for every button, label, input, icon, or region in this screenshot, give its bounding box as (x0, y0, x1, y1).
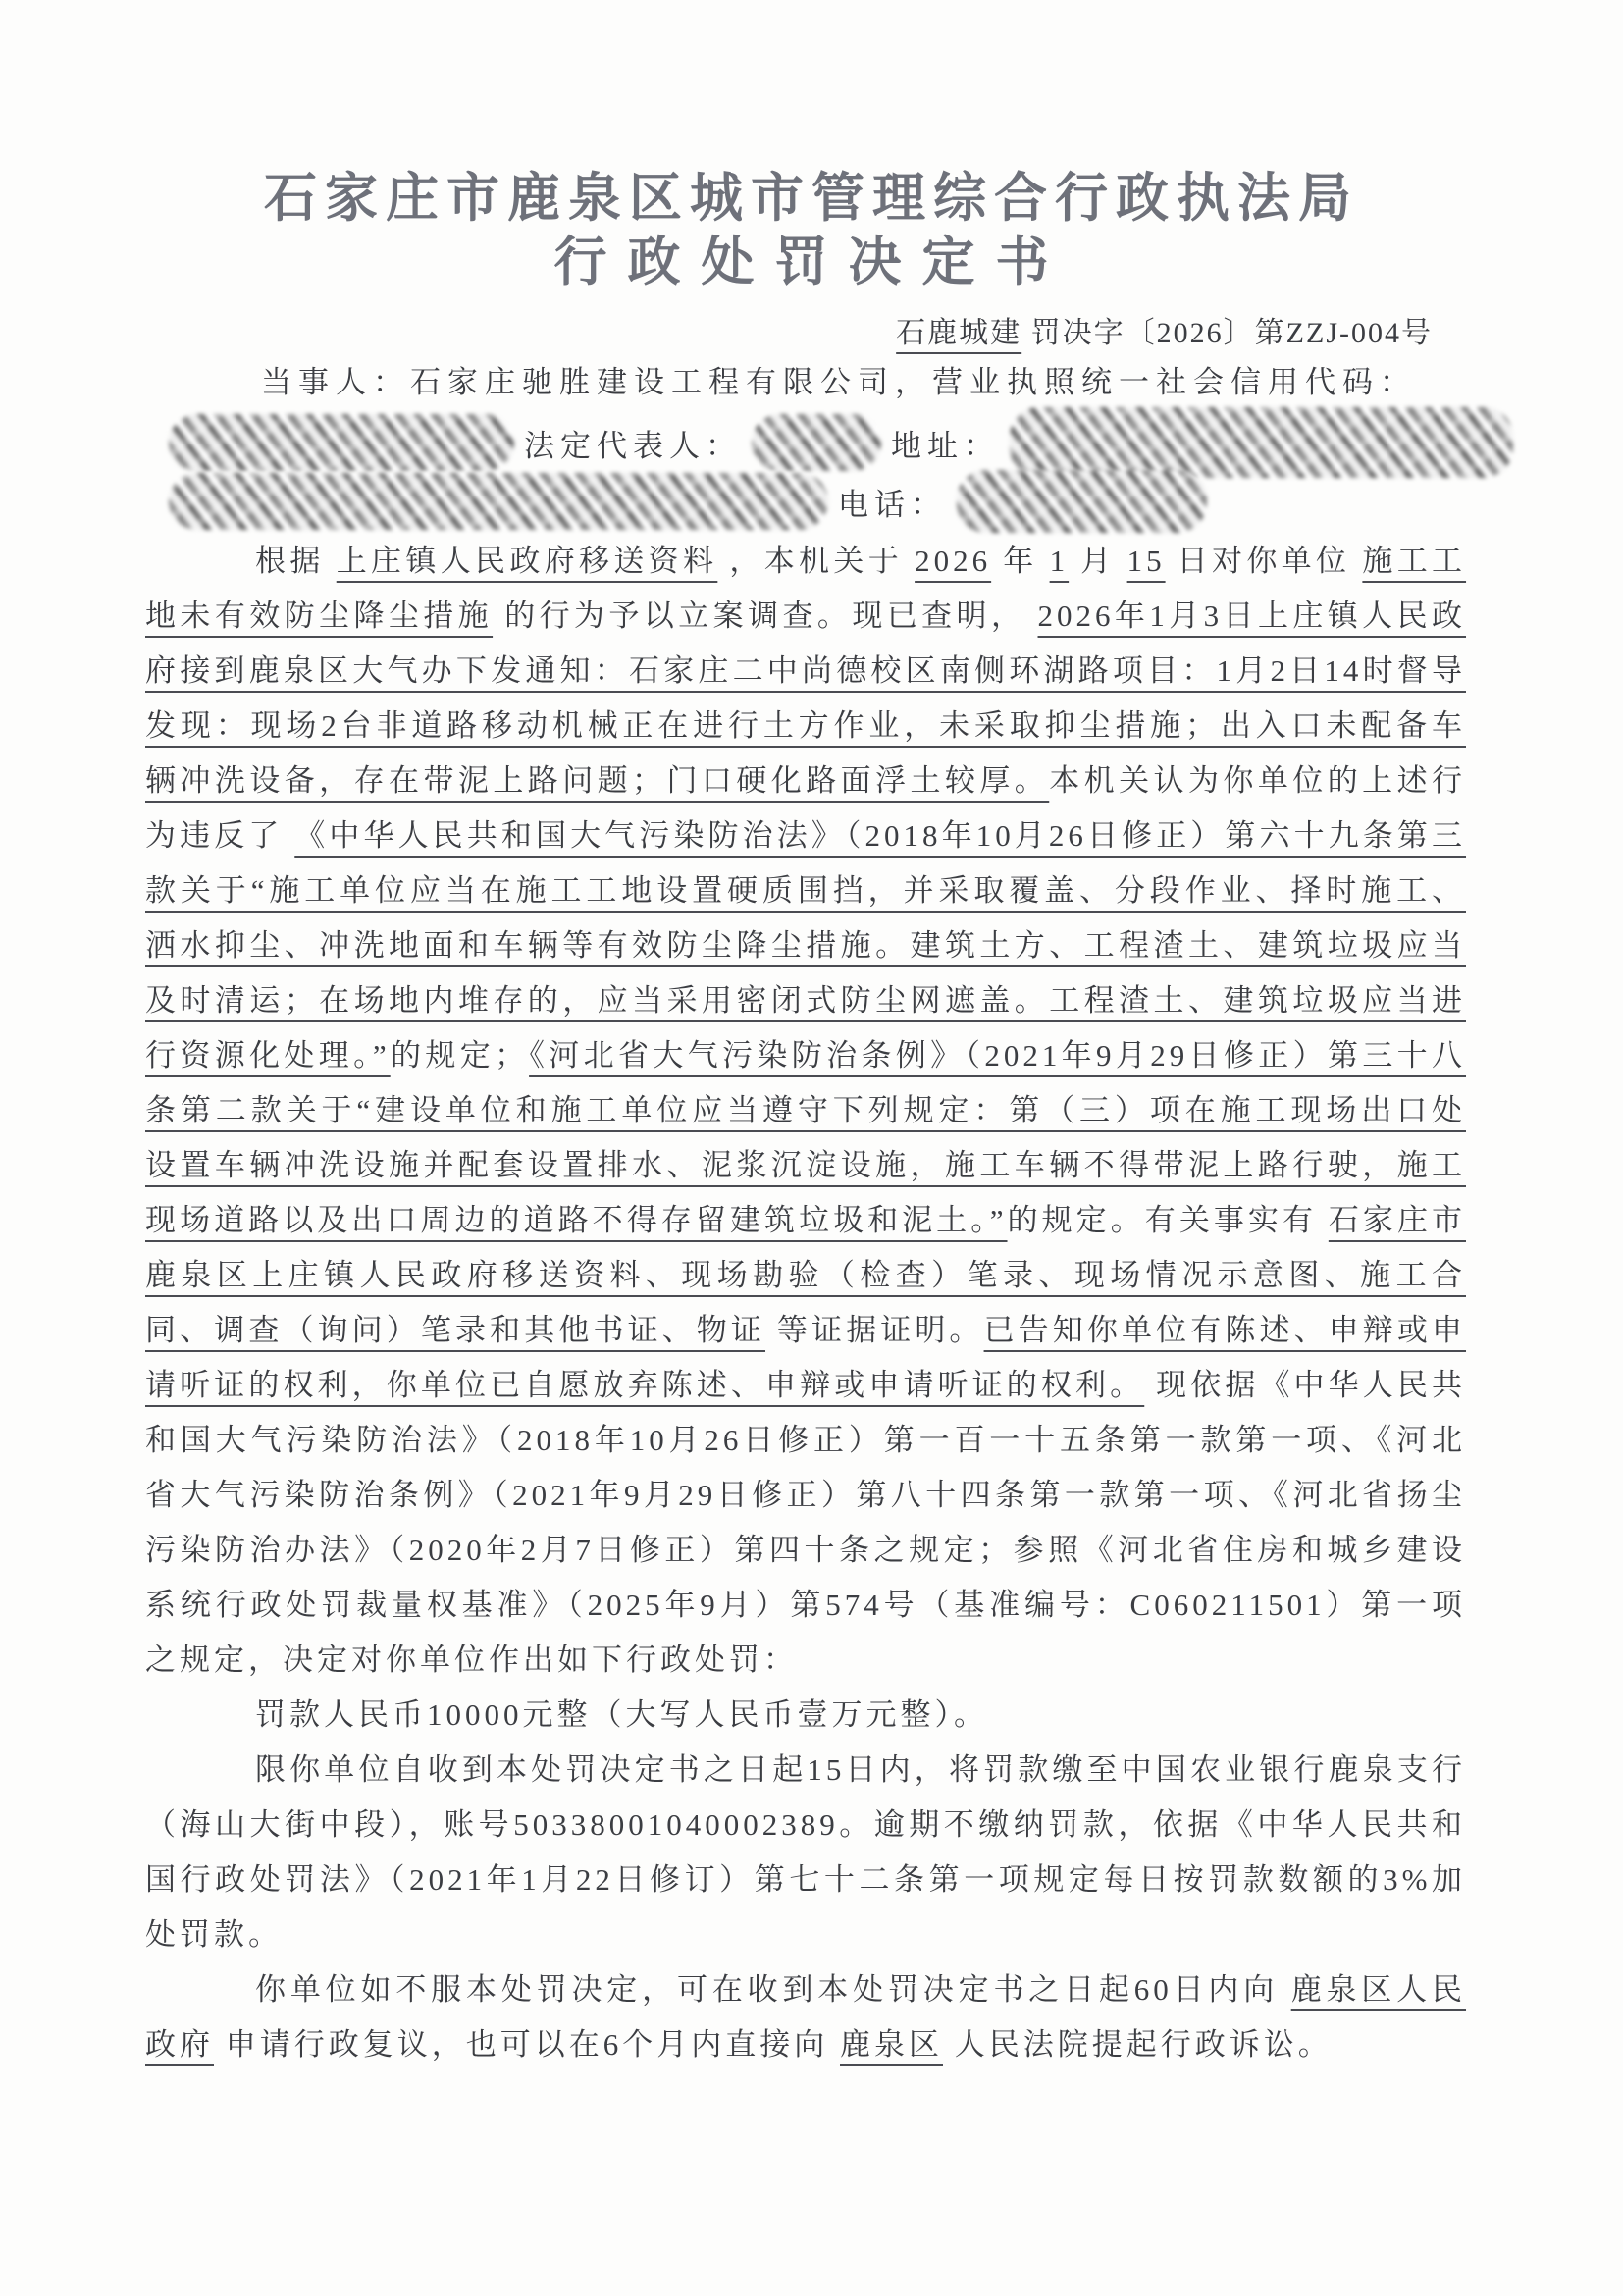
facts-and-basis-paragraph: 根据 上庄镇人民政府移送资料 ，本机关于 2026 年 1 月 15 日对你单位… (145, 534, 1466, 1688)
underlined-text-segment: 1 (1050, 544, 1070, 578)
redacted-address (1010, 407, 1513, 478)
underlined-text-segment: 《中华人民共和国大气污染防治法》（2018年10月26日修正）第六十九条第三款关… (145, 818, 1466, 1072)
text-segment: 现依据《中华人民共和国大气污染防治法》（2018年10月26日修正）第一百一十五… (145, 1368, 1466, 1677)
underlined-text-segment: 石鹿城建 (896, 317, 1021, 349)
redacted-phone-number (957, 470, 1207, 533)
appeal-rights-paragraph: 你单位如不服本处罚决定，可在收到本处罚决定书之日起60日内向 鹿泉区人民政府 申… (145, 1962, 1466, 2072)
redacted-legal-rep-name (752, 414, 881, 471)
document-number: 石鹿城建 罚决字〔2026〕第ZZJ-004号 (0, 312, 1623, 355)
text-segment: 的规定。有关事实有 (1008, 1203, 1329, 1237)
legal-rep-address-row: 法定代表人： 地址： (169, 410, 1513, 475)
phone-label: 电话： (828, 480, 957, 524)
penalty-amount-paragraph: 罚款人民币10000元整（大写人民币壹万元整）。 (145, 1688, 1466, 1743)
text-segment: 罚款人民币10000元整（大写人民币壹万元整）。 (255, 1697, 988, 1732)
underlined-text-segment: 鹿泉区 (840, 2027, 943, 2061)
legal-rep-label: 法定代表人： (514, 421, 752, 465)
payment-instructions-paragraph: 限你单位自收到本处罚决定书之日起15日内，将罚款缴至中国农业银行鹿泉支行（海山大… (145, 1743, 1466, 1962)
underlined-text-segment: 2026 (915, 544, 991, 578)
text-segment: 年 (991, 544, 1049, 578)
text-segment: ，本机关于 (717, 544, 915, 578)
document-type-title: 行政处罚决定书 (0, 230, 1623, 294)
text-segment: 申请行政复议，也可以在6个月内直接向 (214, 2027, 840, 2061)
text-segment: 月 (1069, 544, 1126, 578)
text-segment: 你单位如不服本处罚决定，可在收到本处罚决定书之日起60日内向 (255, 1972, 1291, 2007)
text-segment: 根据 (255, 544, 337, 578)
document-title: 石家庄市鹿泉区城市管理综合行政执法局 行政处罚决定书 (0, 0, 1623, 294)
issuing-authority-title: 石家庄市鹿泉区城市管理综合行政执法局 (0, 167, 1623, 230)
text-segment: 日对你单位 (1166, 544, 1363, 578)
text-segment: 人民法院提起行政诉讼。 (943, 2027, 1333, 2061)
underlined-text-segment: 上庄镇人民政府移送资料 (337, 544, 718, 578)
address-label: 地址： (881, 421, 1010, 465)
text-segment: 罚决字〔2026〕第ZZJ-004号 (1021, 317, 1433, 349)
text-segment: 当事人：石家庄驰胜建设工程有限公司，营业执照统一社会信用代码： (261, 365, 1417, 399)
redacted-address-continued (169, 473, 828, 530)
text-segment: 的规定； (391, 1038, 529, 1072)
penalty-decision-document: 石家庄市鹿泉区城市管理综合行政执法局 行政处罚决定书 石鹿城建 罚决字〔2026… (0, 0, 1623, 2296)
underlined-text-segment: 15 (1127, 544, 1166, 578)
phone-row: 电话： (169, 469, 1513, 534)
party-line: 当事人：石家庄驰胜建设工程有限公司，营业执照统一社会信用代码： (145, 355, 1466, 410)
text-segment: 的行为予以立案调查。现已查明， (493, 599, 1037, 633)
text-segment: 等证据证明。 (765, 1313, 984, 1347)
redacted-credit-code (169, 414, 514, 471)
text-segment: 限你单位自收到本处罚决定书之日起15日内，将罚款缴至中国农业银行鹿泉支行（海山大… (145, 1752, 1466, 1952)
